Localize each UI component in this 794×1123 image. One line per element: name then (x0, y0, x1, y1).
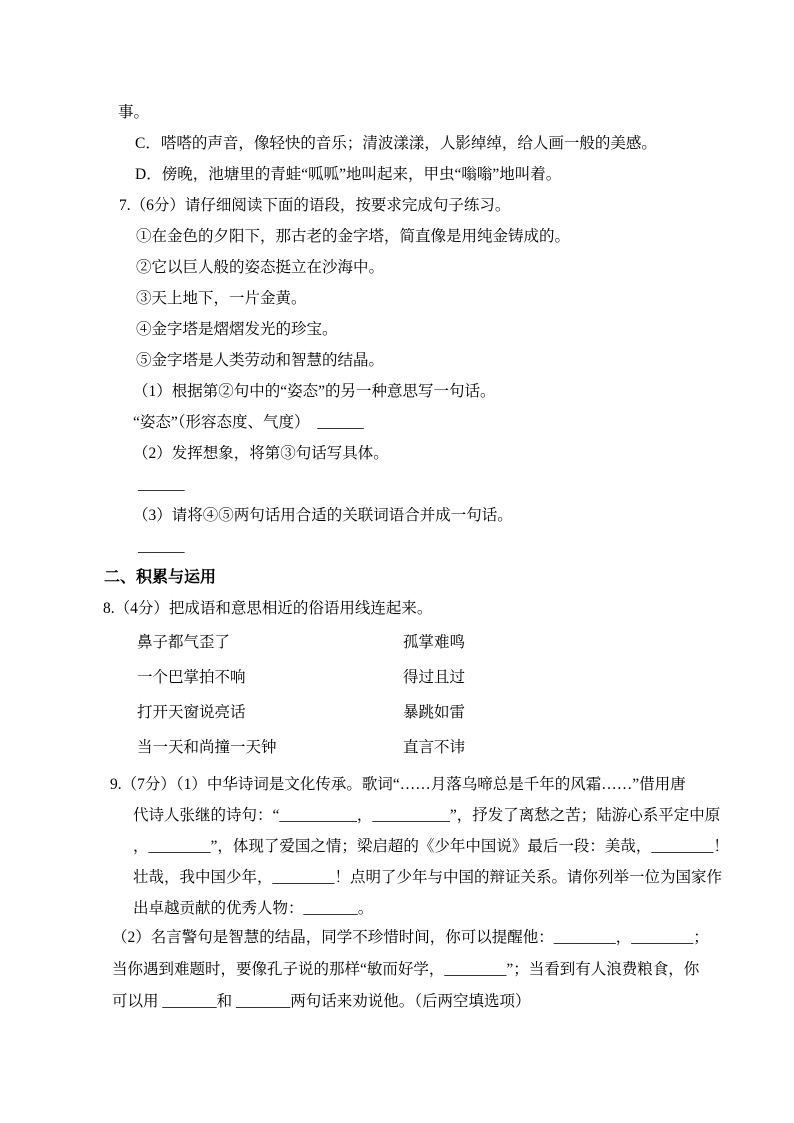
q7-sub3-answer-blank: ______ (138, 539, 185, 555)
q9-sub1-line-1: 9.（7分）（1）中华诗词是文化传承。歌词“……月落乌啼总是千年的风霜……”借用… (110, 777, 686, 793)
q8-idiom-2: 得过且过 (403, 670, 465, 686)
q7-sentence-3: ③天上地下，一片金黄。 (136, 291, 307, 307)
q8-idiom-1: 孤掌难鸣 (403, 635, 465, 651)
q7-sentence-5: ⑤金字塔是人类劳动和智慧的结晶。 (136, 353, 384, 369)
q8-idiom-4: 直言不讳 (403, 740, 465, 756)
exam-document-page: 事。C．嗒嗒的声音，像轻快的音乐；清波漾漾，人影绰绰，给人画一般的美感。D．傍晚… (0, 0, 794, 1123)
q7-sub1-stem: （1）根据第②句中的“姿态”的另一种意思写一句话。 (133, 384, 496, 400)
q8-idiom-3: 暴跳如雷 (403, 705, 465, 721)
q9-sub2-line-2: 当你遇到难题时，要像孔子说的那样“敏而好学，________”；当看到有人浪费粮… (112, 962, 699, 978)
q7-sentence-1: ①在金色的夕阳下，那古老的金字塔，简直像是用纯金铸成的。 (136, 229, 570, 245)
q9-sub1-line-5: 出卓越贡献的优秀人物：_______。 (133, 901, 373, 917)
q9-sub1-line-2: 代诗人张继的诗句：“__________，__________”，抒发了离愁之苦… (133, 808, 720, 824)
q7-sub2-answer-blank: ______ (138, 477, 185, 493)
q7-sub2-stem: （2）发挥想象，将第③句话写具体。 (133, 446, 389, 462)
q6-option-c: C．嗒嗒的声音，像轻快的音乐；清波漾漾，人影绰绰，给人画一般的美感。 (135, 136, 657, 152)
q8-stem: 8.（4分）把成语和意思相近的俗语用线连起来。 (103, 601, 432, 617)
q7-sub3-stem: （3）请将④⑤两句话用合适的关联词语合并成一句话。 (133, 508, 513, 524)
q9-sub2-line-3: 可以用 _______和 _______两句话来劝说他。（后两空填选项） (112, 994, 531, 1010)
q7-sub1-answer-line: “姿态”（形容态度、气度） ______ (133, 415, 364, 431)
section-2-header: 二、积累与运用 (104, 570, 216, 586)
q8-saying-2: 一个巴掌拍不响 (137, 670, 246, 686)
q8-saying-1: 鼻子都气歪了 (137, 635, 230, 651)
q6-option-d: D．傍晚，池塘里的青蛙“呱呱”地叫起来，甲虫“嗡嗡”地叫着。 (135, 167, 561, 183)
q8-saying-4: 当一天和尚撞一天钟 (137, 740, 277, 756)
q9-sub1-line-3: ，________”，体现了爱国之情；梁启超的《少年中国说》最后一段：美哉，__… (133, 839, 729, 855)
q8-saying-3: 打开天窗说亮话 (137, 705, 246, 721)
q7-sentence-2: ②它以巨人般的姿态挺立在沙海中。 (136, 260, 384, 276)
q9-sub2-line-1: （2）名言警句是智慧的结晶，同学不珍惜时间，你可以提醒他：________，__… (112, 930, 709, 946)
q7-sentence-4: ④金字塔是熠熠发光的珍宝。 (136, 322, 338, 338)
q6-stem-continuation: 事。 (118, 105, 149, 121)
q7-stem: 7.（6分）请仔细阅读下面的语段，按要求完成句子练习。 (119, 198, 510, 214)
q9-sub1-line-4: 壮哉，我中国少年，________！点明了少年与中国的辩证关系。请你列举一位为国… (133, 870, 722, 886)
